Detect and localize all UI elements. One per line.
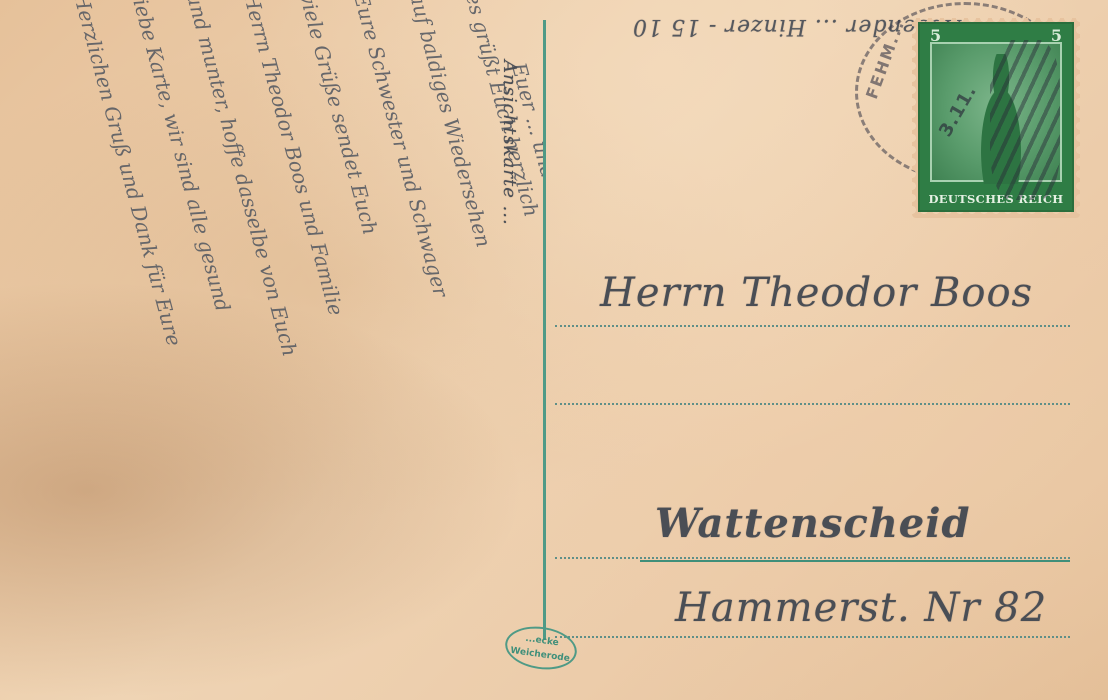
message-line: Herzlichen Gruß und Dank für Eure [69, 0, 187, 349]
recipient-name: Herrn Theodor Boos [600, 270, 1033, 316]
address-line-1 [555, 325, 1070, 327]
address-line-4 [555, 636, 1070, 638]
address-line-3 [555, 557, 1070, 559]
cancellation-bars [990, 40, 1060, 200]
side-note: Ansichtskarte ... [499, 60, 520, 226]
vertical-divider [543, 20, 546, 640]
recipient-city: Wattenscheid [655, 500, 970, 547]
stamp-country-label: DEUTSCHES REICH [920, 192, 1072, 206]
message-area: Herzlichen Gruß und Dank für Eure liebe … [0, 0, 545, 700]
recipient-street: Hammerst. Nr 82 [675, 585, 1047, 631]
address-line-2 [555, 403, 1070, 405]
postcard: Herzlichen Gruß und Dank für Eure liebe … [0, 0, 1108, 700]
